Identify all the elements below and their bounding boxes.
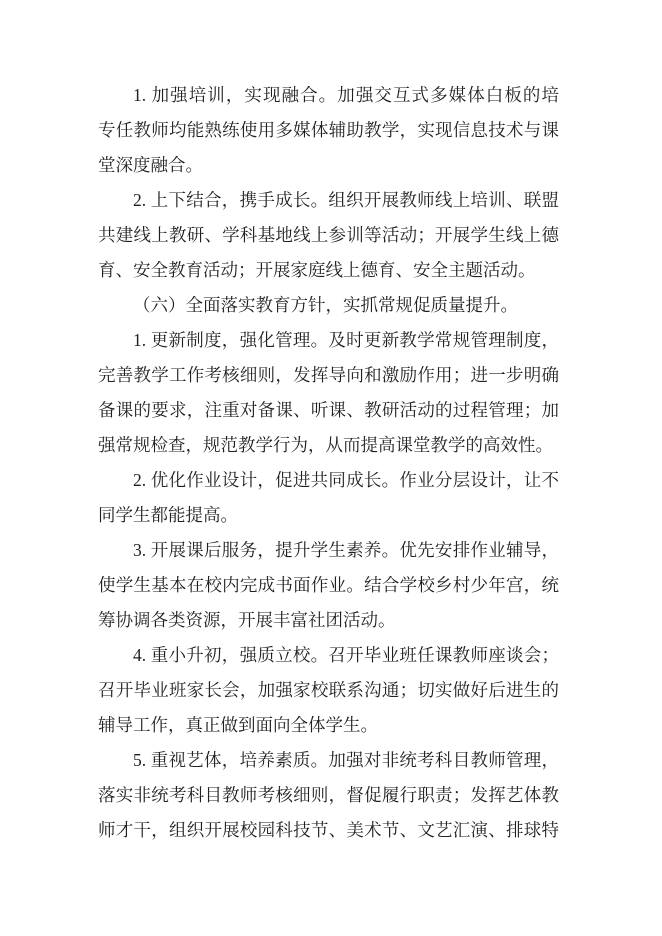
text-line: 育、安全教育活动；开展家庭线上德育、安全主题活动。	[98, 253, 559, 288]
text-line: 1. 更新制度，强化管理。及时更新教学常规管理制度，	[98, 323, 559, 358]
paragraph: 2. 上下结合，携手成长。组织开展教师线上培训、联盟 共建线上教研、学科基地线上…	[98, 183, 559, 288]
text-line: 共建线上教研、学科基地线上参训等活动；开展学生线上德	[98, 218, 559, 253]
text-line: （六）全面落实教育方针，实抓常规促质量提升。	[98, 288, 559, 323]
text-line: 召开毕业班家长会，加强家校联系沟通；切实做好后进生的	[98, 673, 559, 708]
text-line: 完善教学工作考核细则，发挥导向和激励作用；进一步明确	[98, 358, 559, 393]
text-line: 2. 上下结合，携手成长。组织开展教师线上培训、联盟	[98, 183, 559, 218]
text-line: 2. 优化作业设计，促进共同成长。作业分层设计，让不	[98, 463, 559, 498]
text-line: 强常规检查，规范教学行为，从而提高课堂教学的高效性。	[98, 428, 559, 463]
paragraph: 5. 重视艺体，培养素质。加强对非统考科目教师管理， 落实非统考科目教师考核细则…	[98, 743, 559, 848]
paragraph: 3. 开展课后服务，提升学生素养。优先安排作业辅导， 使学生基本在校内完成书面作…	[98, 533, 559, 638]
paragraph: 1. 更新制度，强化管理。及时更新教学常规管理制度， 完善教学工作考核细则，发挥…	[98, 323, 559, 463]
text-line: 3. 开展课后服务，提升学生素养。优先安排作业辅导，	[98, 533, 559, 568]
text-line: 筹协调各类资源，开展丰富社团活动。	[98, 603, 559, 638]
document-page: 1. 加强培训，实现融合。加强交互式多媒体白板的培训， 专任教师均能熟练使用多媒…	[0, 0, 662, 936]
text-line: 使学生基本在校内完成书面作业。结合学校乡村少年宫，统	[98, 568, 559, 603]
text-line: 4. 重小升初，强质立校。召开毕业班任课教师座谈会；	[98, 638, 559, 673]
text-line: 落实非统考科目教师考核细则，督促履行职责；发挥艺体教	[98, 778, 559, 813]
text-line: 5. 重视艺体，培养素质。加强对非统考科目教师管理，	[98, 743, 559, 778]
text-line: 堂深度融合。	[98, 148, 559, 183]
text-line: 1. 加强培训，实现融合。加强交互式多媒体白板的培训，	[98, 78, 559, 113]
text-line: 师才干，组织开展校园科技节、美术节、文艺汇演、排球特	[98, 813, 559, 848]
text-line: 同学生都能提高。	[98, 498, 559, 533]
paragraph: 4. 重小升初，强质立校。召开毕业班任课教师座谈会； 召开毕业班家长会，加强家校…	[98, 638, 559, 743]
text-line: 辅导工作，真正做到面向全体学生。	[98, 708, 559, 743]
paragraph-section-heading: （六）全面落实教育方针，实抓常规促质量提升。	[98, 288, 559, 323]
text-line: 备课的要求，注重对备课、听课、教研活动的过程管理；加	[98, 393, 559, 428]
paragraph: 1. 加强培训，实现融合。加强交互式多媒体白板的培训， 专任教师均能熟练使用多媒…	[98, 78, 559, 183]
text-line: 专任教师均能熟练使用多媒体辅助教学，实现信息技术与课	[98, 113, 559, 148]
paragraph: 2. 优化作业设计，促进共同成长。作业分层设计，让不 同学生都能提高。	[98, 463, 559, 533]
